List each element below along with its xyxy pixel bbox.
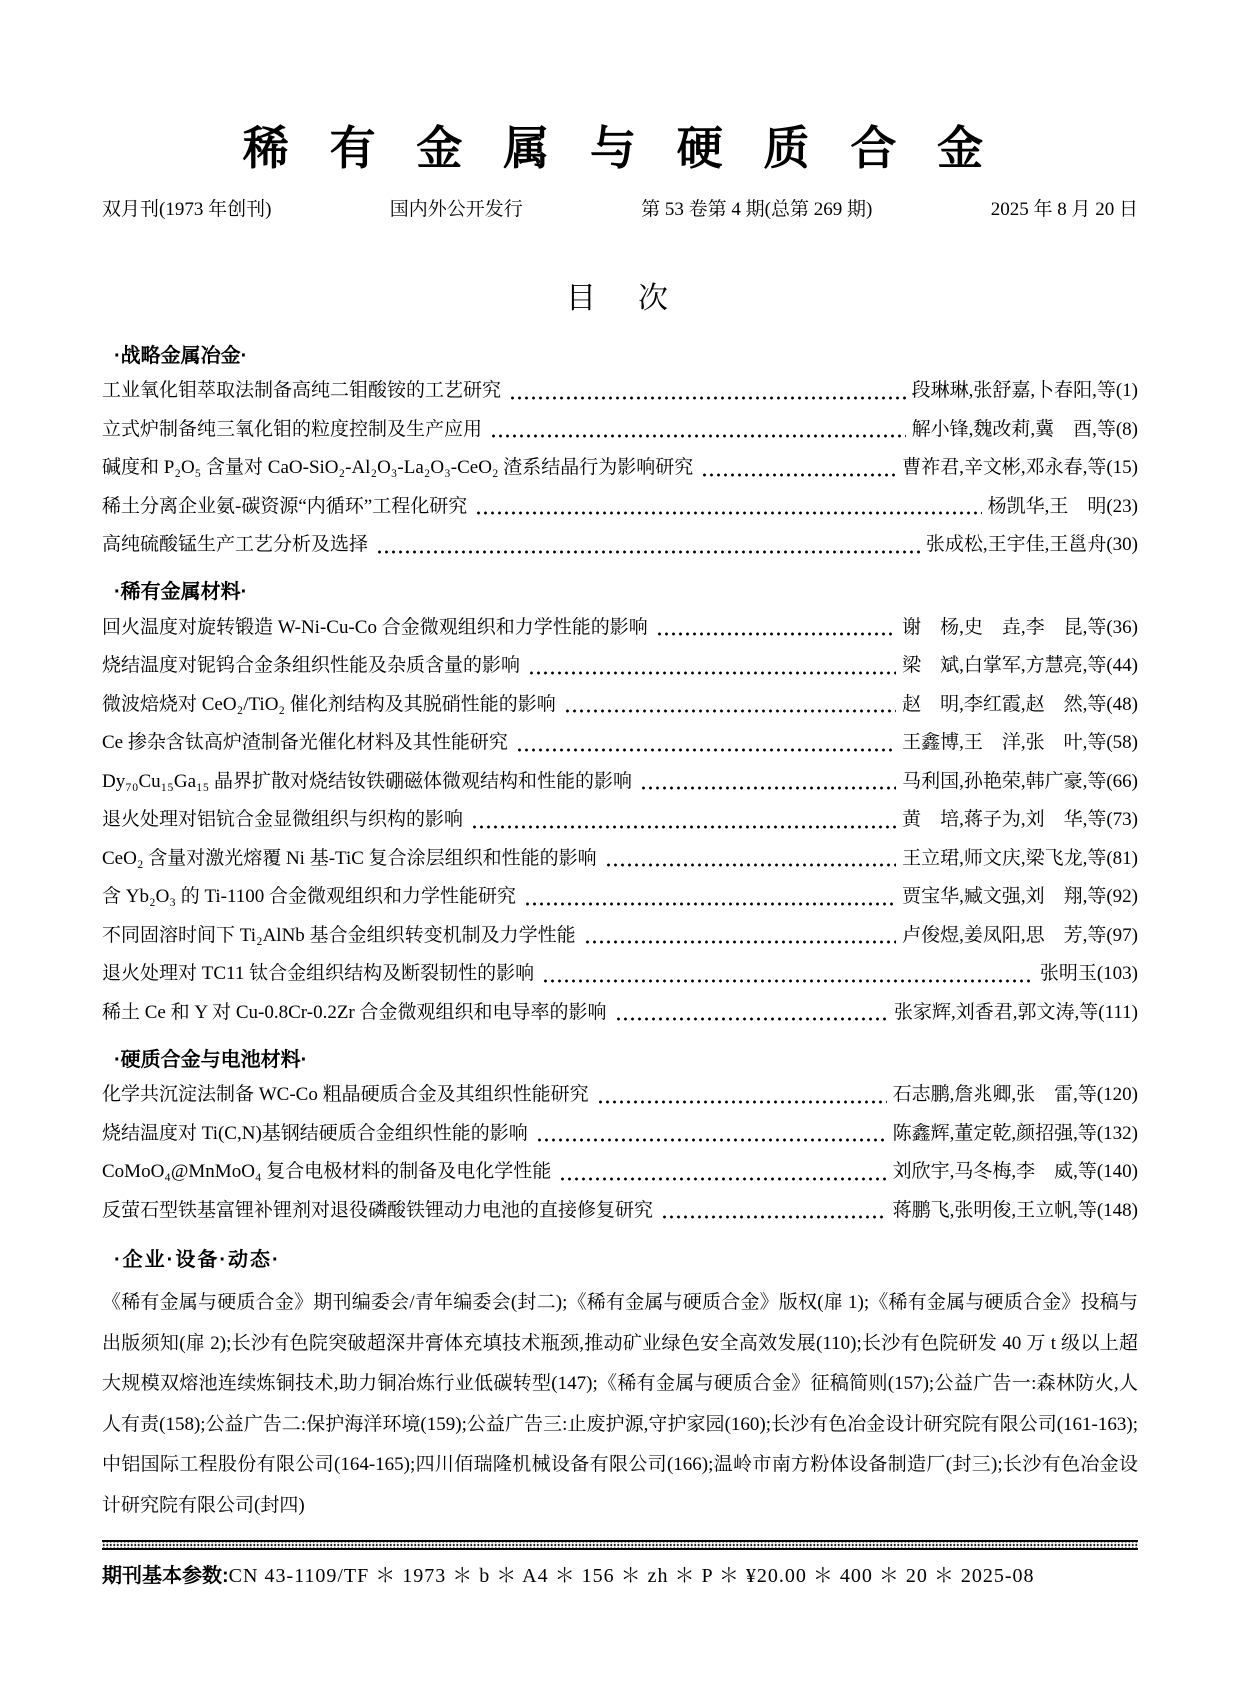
entry-authors-page: 王鑫博,王 洋,张 叶,等(58) bbox=[902, 727, 1138, 754]
toc-entry: 退火处理对铝钪合金显微组织与织构的影响黄 培,蒋子为,刘 华,等(73) bbox=[102, 804, 1138, 843]
dot-leader bbox=[540, 958, 1034, 997]
entry-title: 烧结温度对 Ti(C,N)基钢结硬质合金组织性能的影响 bbox=[102, 1118, 528, 1145]
entry-title: 反萤石型铁基富锂补锂剂对退役磷酸铁锂动力电池的直接修复研究 bbox=[102, 1195, 653, 1222]
toc-sections: ·战略金属冶金·工业氧化钼萃取法制备高纯二钼酸铵的工艺研究段琳琳,张舒嘉,卜春阳… bbox=[102, 331, 1138, 1233]
entry-authors-page: 陈鑫辉,董定乾,颜招强,等(132) bbox=[893, 1118, 1138, 1145]
toc-entry: 高纯硫酸锰生产工艺分析及选择张成松,王宇佳,王邕舟(30) bbox=[102, 529, 1138, 568]
entry-authors-page: 张成松,王宇佳,王邕舟(30) bbox=[926, 529, 1138, 556]
toc-entry: 微波焙烧对 CeO₂/TiO₂ 催化剂结构及其脱硝性能的影响赵 明,李红霞,赵 … bbox=[102, 689, 1138, 728]
entry-authors-page: 解小锋,魏改莉,冀 酉,等(8) bbox=[912, 414, 1138, 441]
journal-parameters: 期刊基本参数: CN 43-1109/TF ＊ 1973 ＊ b ＊ A4 ＊ … bbox=[102, 1559, 1138, 1588]
dot-leader bbox=[374, 529, 920, 568]
toc-entry: CoMoO₄@MnMoO₄ 复合电极材料的制备及电化学性能刘欣宇,马冬梅,李 威… bbox=[102, 1156, 1138, 1195]
dot-leader bbox=[534, 1118, 887, 1157]
toc-entry: 反萤石型铁基富锂补锂剂对退役磷酸铁锂动力电池的直接修复研究蒋鹏飞,张明俊,王立帆… bbox=[102, 1195, 1138, 1234]
dot-leader bbox=[659, 1195, 887, 1234]
entry-authors-page: 张明玉(103) bbox=[1040, 958, 1138, 985]
dot-leader bbox=[557, 1156, 886, 1195]
toc-entry: 退火处理对 TC11 钛合金组织结构及断裂韧性的影响张明玉(103) bbox=[102, 958, 1138, 997]
toc-entry: CeO₂ 含量对激光熔覆 Ni 基-TiC 复合涂层组织和性能的影响王立珺,师文… bbox=[102, 843, 1138, 882]
toc-entry: 立式炉制备纯三氧化钼的粒度控制及生产应用解小锋,魏改莉,冀 酉,等(8) bbox=[102, 414, 1138, 453]
dot-leader bbox=[603, 843, 896, 882]
entry-title: 退火处理对铝钪合金显微组织与织构的影响 bbox=[102, 804, 463, 831]
journal-parameters-value: CN 43-1109/TF ＊ 1973 ＊ b ＊ A4 ＊ 156 ＊ zh… bbox=[229, 1559, 1035, 1588]
entry-title: 碱度和 P₂O₅ 含量对 CaO-SiO₂-Al₂O₃-La₂O₃-CeO₂ 渣… bbox=[102, 452, 693, 479]
dot-leader bbox=[654, 612, 896, 651]
entry-title: 稀土 Ce 和 Y 对 Cu-0.8Cr-0.2Zr 合金微观组织和电导率的影响 bbox=[102, 997, 607, 1024]
entry-authors-page: 杨凯华,王 明(23) bbox=[988, 491, 1138, 518]
entry-title: 工业氧化钼萃取法制备高纯二钼酸铵的工艺研究 bbox=[102, 375, 501, 402]
toc-entry: 含 Yb₂O₃ 的 Ti-1100 合金微观组织和力学性能研究贾宝华,臧文强,刘… bbox=[102, 881, 1138, 920]
distribution-scope: 国内外公开发行 bbox=[390, 194, 523, 221]
journal-toc-page: 稀 有 金 属 与 硬 质 合 金 双月刊(1973 年创刊) 国内外公开发行 … bbox=[0, 0, 1240, 1684]
entry-authors-page: 黄 培,蒋子为,刘 华,等(73) bbox=[902, 804, 1138, 831]
dot-leader bbox=[522, 881, 896, 920]
entry-title: 化学共沉淀法制备 WC-Co 粗晶硬质合金及其组织性能研究 bbox=[102, 1079, 589, 1106]
section-label: ·战略金属冶金· bbox=[102, 331, 1138, 375]
entry-title: 稀土分离企业氨-碳资源“内循环”工程化研究 bbox=[102, 491, 467, 518]
footer-divider bbox=[102, 1540, 1138, 1550]
entry-authors-page: 赵 明,李红霞,赵 然,等(48) bbox=[902, 689, 1138, 716]
toc-entry: 回火温度对旋转锻造 W-Ni-Cu-Co 合金微观组织和力学性能的影响谢 杨,史… bbox=[102, 612, 1138, 651]
toc-entry: Dy₇₀Cu₁₅Ga₁₅ 晶界扩散对烧结钕铁硼磁体微观结构和性能的影响马利国,孙… bbox=[102, 766, 1138, 805]
entry-title: 含 Yb₂O₃ 的 Ti-1100 合金微观组织和力学性能研究 bbox=[102, 881, 516, 908]
entry-authors-page: 石志鹏,詹兆卿,张 雷,等(120) bbox=[893, 1079, 1138, 1106]
toc-entry: 稀土分离企业氨-碳资源“内循环”工程化研究杨凯华,王 明(23) bbox=[102, 491, 1138, 530]
dot-leader bbox=[562, 689, 896, 728]
section-label: ·稀有金属材料· bbox=[102, 568, 1138, 612]
dot-leader bbox=[526, 650, 896, 689]
news-paragraph: 《稀有金属与硬质合金》期刊编委会/青年编委会(封二);《稀有金属与硬质合金》版权… bbox=[102, 1283, 1138, 1526]
toc-entry: 化学共沉淀法制备 WC-Co 粗晶硬质合金及其组织性能研究石志鹏,詹兆卿,张 雷… bbox=[102, 1079, 1138, 1118]
entry-authors-page: 梁 斌,白掌军,方慧亮,等(44) bbox=[902, 650, 1138, 677]
entry-title: 回火温度对旋转锻造 W-Ni-Cu-Co 合金微观组织和力学性能的影响 bbox=[102, 612, 648, 639]
entry-title: CeO₂ 含量对激光熔覆 Ni 基-TiC 复合涂层组织和性能的影响 bbox=[102, 843, 597, 870]
entry-title: 立式炉制备纯三氧化钼的粒度控制及生产应用 bbox=[102, 414, 482, 441]
dot-leader bbox=[595, 1079, 887, 1118]
journal-parameters-label: 期刊基本参数: bbox=[102, 1559, 229, 1588]
dot-leader bbox=[473, 491, 981, 530]
dot-leader bbox=[638, 766, 896, 805]
publication-date: 2025 年 8 月 20 日 bbox=[991, 194, 1138, 221]
entry-authors-page: 卢俊煜,姜凤阳,思 芳,等(97) bbox=[902, 920, 1138, 947]
toc-entry: 碱度和 P₂O₅ 含量对 CaO-SiO₂-Al₂O₃-La₂O₃-CeO₂ 渣… bbox=[102, 452, 1138, 491]
dot-leader bbox=[582, 920, 897, 959]
entry-authors-page: 王立珺,师文庆,梁飞龙,等(81) bbox=[902, 843, 1138, 870]
toc-entry: 稀土 Ce 和 Y 对 Cu-0.8Cr-0.2Zr 合金微观组织和电导率的影响… bbox=[102, 997, 1138, 1036]
entry-title: 退火处理对 TC11 钛合金组织结构及断裂韧性的影响 bbox=[102, 958, 534, 985]
section-label-news: ·企业·设备·动态· bbox=[102, 1235, 1138, 1279]
dot-leader bbox=[699, 452, 896, 491]
header-info-row: 双月刊(1973 年创刊) 国内外公开发行 第 53 卷第 4 期(总第 269… bbox=[102, 194, 1138, 221]
entry-authors-page: 张家辉,刘香君,郭文涛,等(111) bbox=[894, 997, 1138, 1024]
toc-entry: 不同固溶时间下 Ti₂AlNb 基合金组织转变机制及力学性能卢俊煜,姜凤阳,思 … bbox=[102, 920, 1138, 959]
dot-leader bbox=[469, 804, 896, 843]
entry-authors-page: 刘欣宇,马冬梅,李 威,等(140) bbox=[893, 1156, 1138, 1183]
entry-authors-page: 马利国,孙艳荣,韩广豪,等(66) bbox=[902, 766, 1138, 793]
toc-entry: 工业氧化钼萃取法制备高纯二钼酸铵的工艺研究段琳琳,张舒嘉,卜春阳,等(1) bbox=[102, 375, 1138, 414]
dot-leader bbox=[613, 997, 888, 1036]
publication-frequency: 双月刊(1973 年创刊) bbox=[102, 194, 271, 221]
issue-info: 第 53 卷第 4 期(总第 269 期) bbox=[641, 194, 872, 221]
journal-title: 稀 有 金 属 与 硬 质 合 金 bbox=[102, 112, 1138, 178]
entry-title: 高纯硫酸锰生产工艺分析及选择 bbox=[102, 529, 368, 556]
toc-entry: Ce 掺杂含钛高炉渣制备光催化材料及其性能研究王鑫博,王 洋,张 叶,等(58) bbox=[102, 727, 1138, 766]
entry-title: Dy₇₀Cu₁₅Ga₁₅ 晶界扩散对烧结钕铁硼磁体微观结构和性能的影响 bbox=[102, 766, 632, 793]
entry-title: 微波焙烧对 CeO₂/TiO₂ 催化剂结构及其脱硝性能的影响 bbox=[102, 689, 556, 716]
entry-title: CoMoO₄@MnMoO₄ 复合电极材料的制备及电化学性能 bbox=[102, 1156, 551, 1183]
section-label: ·硬质合金与电池材料· bbox=[102, 1035, 1138, 1079]
entry-authors-page: 曹祚君,辛文彬,邓永春,等(15) bbox=[902, 452, 1138, 479]
entry-authors-page: 段琳琳,张舒嘉,卜春阳,等(1) bbox=[912, 375, 1138, 402]
dot-leader bbox=[488, 414, 906, 453]
entry-title: Ce 掺杂含钛高炉渣制备光催化材料及其性能研究 bbox=[102, 727, 508, 754]
entry-title: 不同固溶时间下 Ti₂AlNb 基合金组织转变机制及力学性能 bbox=[102, 920, 576, 947]
dot-leader bbox=[514, 727, 896, 766]
toc-heading: 目 次 bbox=[102, 273, 1138, 317]
entry-title: 烧结温度对铌钨合金条组织性能及杂质含量的影响 bbox=[102, 650, 520, 677]
toc-entry: 烧结温度对铌钨合金条组织性能及杂质含量的影响梁 斌,白掌军,方慧亮,等(44) bbox=[102, 650, 1138, 689]
entry-authors-page: 谢 杨,史 垚,李 昆,等(36) bbox=[902, 612, 1138, 639]
dot-leader bbox=[507, 375, 906, 414]
toc-entry: 烧结温度对 Ti(C,N)基钢结硬质合金组织性能的影响陈鑫辉,董定乾,颜招强,等… bbox=[102, 1118, 1138, 1157]
entry-authors-page: 贾宝华,臧文强,刘 翔,等(92) bbox=[902, 881, 1138, 908]
entry-authors-page: 蒋鹏飞,张明俊,王立帆,等(148) bbox=[893, 1195, 1138, 1222]
